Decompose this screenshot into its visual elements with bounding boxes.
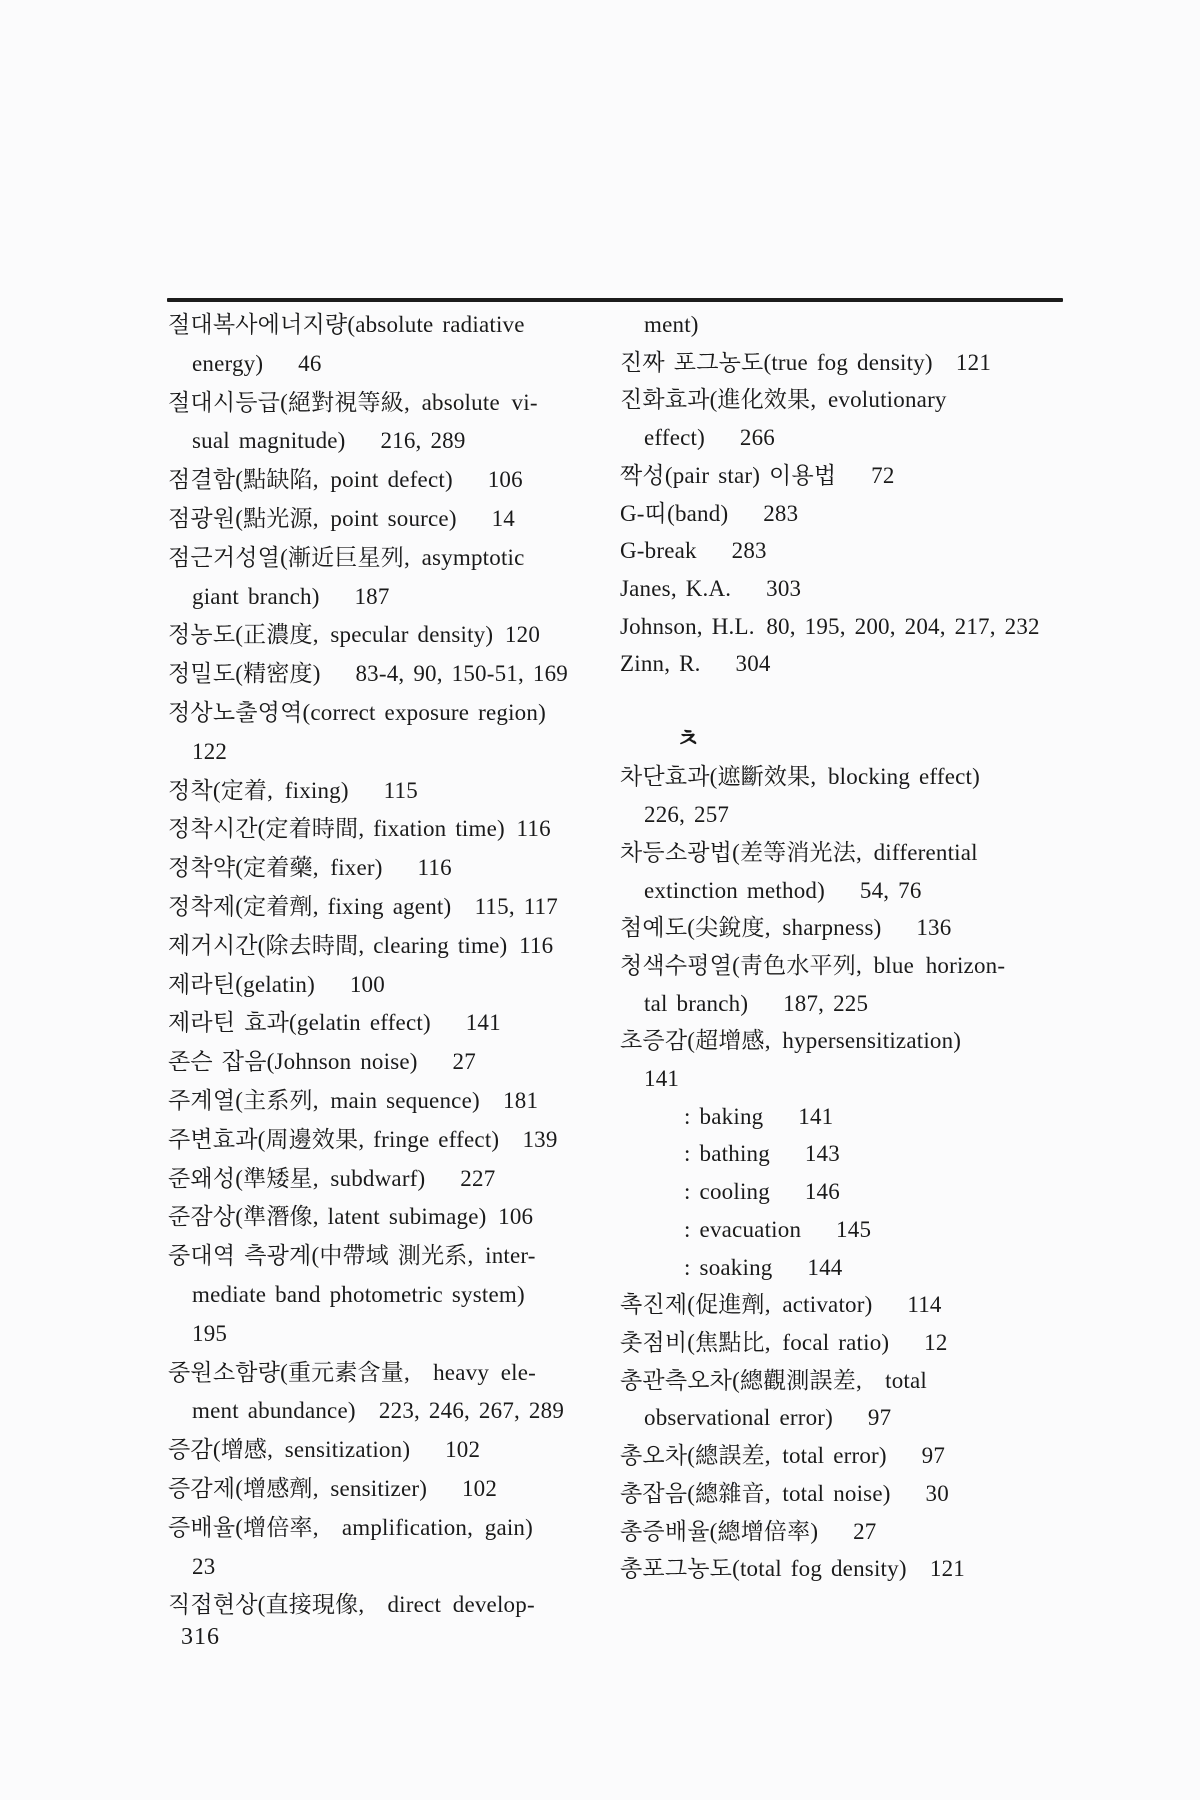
index-entry-line: 점광원(點光源, point source) 14 xyxy=(168,500,613,539)
index-continuation-line: effect) 266 xyxy=(620,419,1195,457)
index-column-left: 절대복사에너지량(absolute radiativeenergy) 46절대시… xyxy=(168,306,613,1625)
index-entry-line: 준잠상(準潛像, latent subimage) 106 xyxy=(168,1198,613,1237)
index-entry-line: 진화효과(進化效果, evolutionary xyxy=(620,381,1195,419)
index-entry-line: 차단효과(遮斷效果, blocking effect) xyxy=(620,758,1195,796)
index-entry-line: 총오차(總誤差, total error) 97 xyxy=(620,1437,1195,1475)
index-entry-line: 첨예도(尖銳度, sharpness) 136 xyxy=(620,909,1195,947)
index-entry-line: 진짜 포그농도(true fog density) 121 xyxy=(620,344,1195,382)
index-entry-line: 총포그농도(total fog density) 121 xyxy=(620,1550,1195,1588)
index-entry-line: 절대복사에너지량(absolute radiative xyxy=(168,306,613,345)
index-entry-line: 총잡음(總雜音, total noise) 30 xyxy=(620,1475,1195,1513)
index-subentry-line: : cooling 146 xyxy=(620,1173,1195,1211)
section-heading: ㅊ xyxy=(620,721,1195,759)
index-entry-line: 증배율(增倍率, amplification, gain) xyxy=(168,1509,613,1548)
index-subentry-line: : soaking 144 xyxy=(620,1249,1195,1287)
index-continuation-line: 195 xyxy=(168,1315,613,1354)
index-entry-line: G-띠(band) 283 xyxy=(620,495,1195,533)
index-entry-line: 절대시등급(絕對視等級, absolute vi- xyxy=(168,384,613,423)
index-entry-line: 주변효과(周邊效果, fringe effect) 139 xyxy=(168,1121,613,1160)
index-entry-line: 정농도(正濃度, specular density) 120 xyxy=(168,616,613,655)
index-continuation-line: energy) 46 xyxy=(168,345,613,384)
book-index-page: 절대복사에너지량(absolute radiativeenergy) 46절대시… xyxy=(0,0,1200,1800)
index-entry-line: G-break 283 xyxy=(620,532,1195,570)
index-entry-line: 정착약(定着藥, fixer) 116 xyxy=(168,849,613,888)
index-entry-line: 준왜성(準矮星, subdwarf) 227 xyxy=(168,1160,613,1199)
index-entry-line: 주계열(主系列, main sequence) 181 xyxy=(168,1082,613,1121)
index-continuation-line: mediate band photometric system) xyxy=(168,1276,613,1315)
index-continuation-line: 23 xyxy=(168,1548,613,1587)
index-continuation-line: tal branch) 187, 225 xyxy=(620,985,1195,1023)
index-entry-line: Johnson, H.L. 80, 195, 200, 204, 217, 23… xyxy=(620,608,1195,646)
index-continuation-line: 141 xyxy=(620,1060,1195,1098)
index-entry-line: 존슨 잡음(Johnson noise) 27 xyxy=(168,1043,613,1082)
index-entry-line: 제거시간(除去時間, clearing time) 116 xyxy=(168,927,613,966)
index-entry-line: 제라틴(gelatin) 100 xyxy=(168,966,613,1005)
index-entry-line: Janes, K.A. 303 xyxy=(620,570,1195,608)
index-entry-line: 총관측오차(總觀測誤差, total xyxy=(620,1362,1195,1400)
index-entry-line: 촉진제(促進劑, activator) 114 xyxy=(620,1286,1195,1324)
index-continuation-line: extinction method) 54, 76 xyxy=(620,872,1195,910)
index-subentry-line: : bathing 143 xyxy=(620,1135,1195,1173)
blank-line xyxy=(620,683,1195,721)
index-entry-line: 짝성(pair star) 이용법 72 xyxy=(620,457,1195,495)
index-entry-line: 초증감(超增感, hypersensitization) xyxy=(620,1022,1195,1060)
index-entry-line: 증감(增感, sensitization) 102 xyxy=(168,1431,613,1470)
index-subentry-line: : baking 141 xyxy=(620,1098,1195,1136)
index-column-right: ment)진짜 포그농도(true fog density) 121진화효과(進… xyxy=(620,306,1195,1588)
index-entry-line: 정착시간(定着時間, fixation time) 116 xyxy=(168,810,613,849)
index-entry-line: 청색수평열(靑色水平列, blue horizon- xyxy=(620,947,1195,985)
index-entry-line: 증감제(增感劑, sensitizer) 102 xyxy=(168,1470,613,1509)
index-continuation-line: ment abundance) 223, 246, 267, 289 xyxy=(168,1392,613,1431)
index-entry-line: 정상노출영역(correct exposure region) xyxy=(168,694,613,733)
index-entry-line: 중대역 측광계(中帶域 測光系, inter- xyxy=(168,1237,613,1276)
index-continuation-line: observational error) 97 xyxy=(620,1399,1195,1437)
header-rule xyxy=(167,298,1063,302)
index-entry-line: 정밀도(精密度) 83-4, 90, 150-51, 169 xyxy=(168,655,613,694)
index-entry-line: 제라틴 효과(gelatin effect) 141 xyxy=(168,1004,613,1043)
index-entry-line: Zinn, R. 304 xyxy=(620,645,1195,683)
index-entry-line: 정착제(定着劑, fixing agent) 115, 117 xyxy=(168,888,613,927)
index-entry-line: 총증배율(總增倍率) 27 xyxy=(620,1513,1195,1551)
index-continuation-line: sual magnitude) 216, 289 xyxy=(168,422,613,461)
index-continuation-line: 226, 257 xyxy=(620,796,1195,834)
index-entry-line: 정착(定着, fixing) 115 xyxy=(168,772,613,811)
index-entry-line: 점결함(點缺陷, point defect) 106 xyxy=(168,461,613,500)
index-continuation-line: giant branch) 187 xyxy=(168,578,613,617)
page-number: 316 xyxy=(181,1624,220,1651)
index-subentry-line: : evacuation 145 xyxy=(620,1211,1195,1249)
index-entry-line: 중원소함량(重元素含量, heavy ele- xyxy=(168,1354,613,1393)
index-entry-line: 차등소광법(差等消光法, differential xyxy=(620,834,1195,872)
index-entry-line: 촛점비(焦點比, focal ratio) 12 xyxy=(620,1324,1195,1362)
index-continuation-line: 122 xyxy=(168,733,613,772)
index-continuation-line: ment) xyxy=(620,306,1195,344)
index-entry-line: 직접현상(直接現像, direct develop- xyxy=(168,1586,613,1625)
index-entry-line: 점근거성열(漸近巨星列, asymptotic xyxy=(168,539,613,578)
